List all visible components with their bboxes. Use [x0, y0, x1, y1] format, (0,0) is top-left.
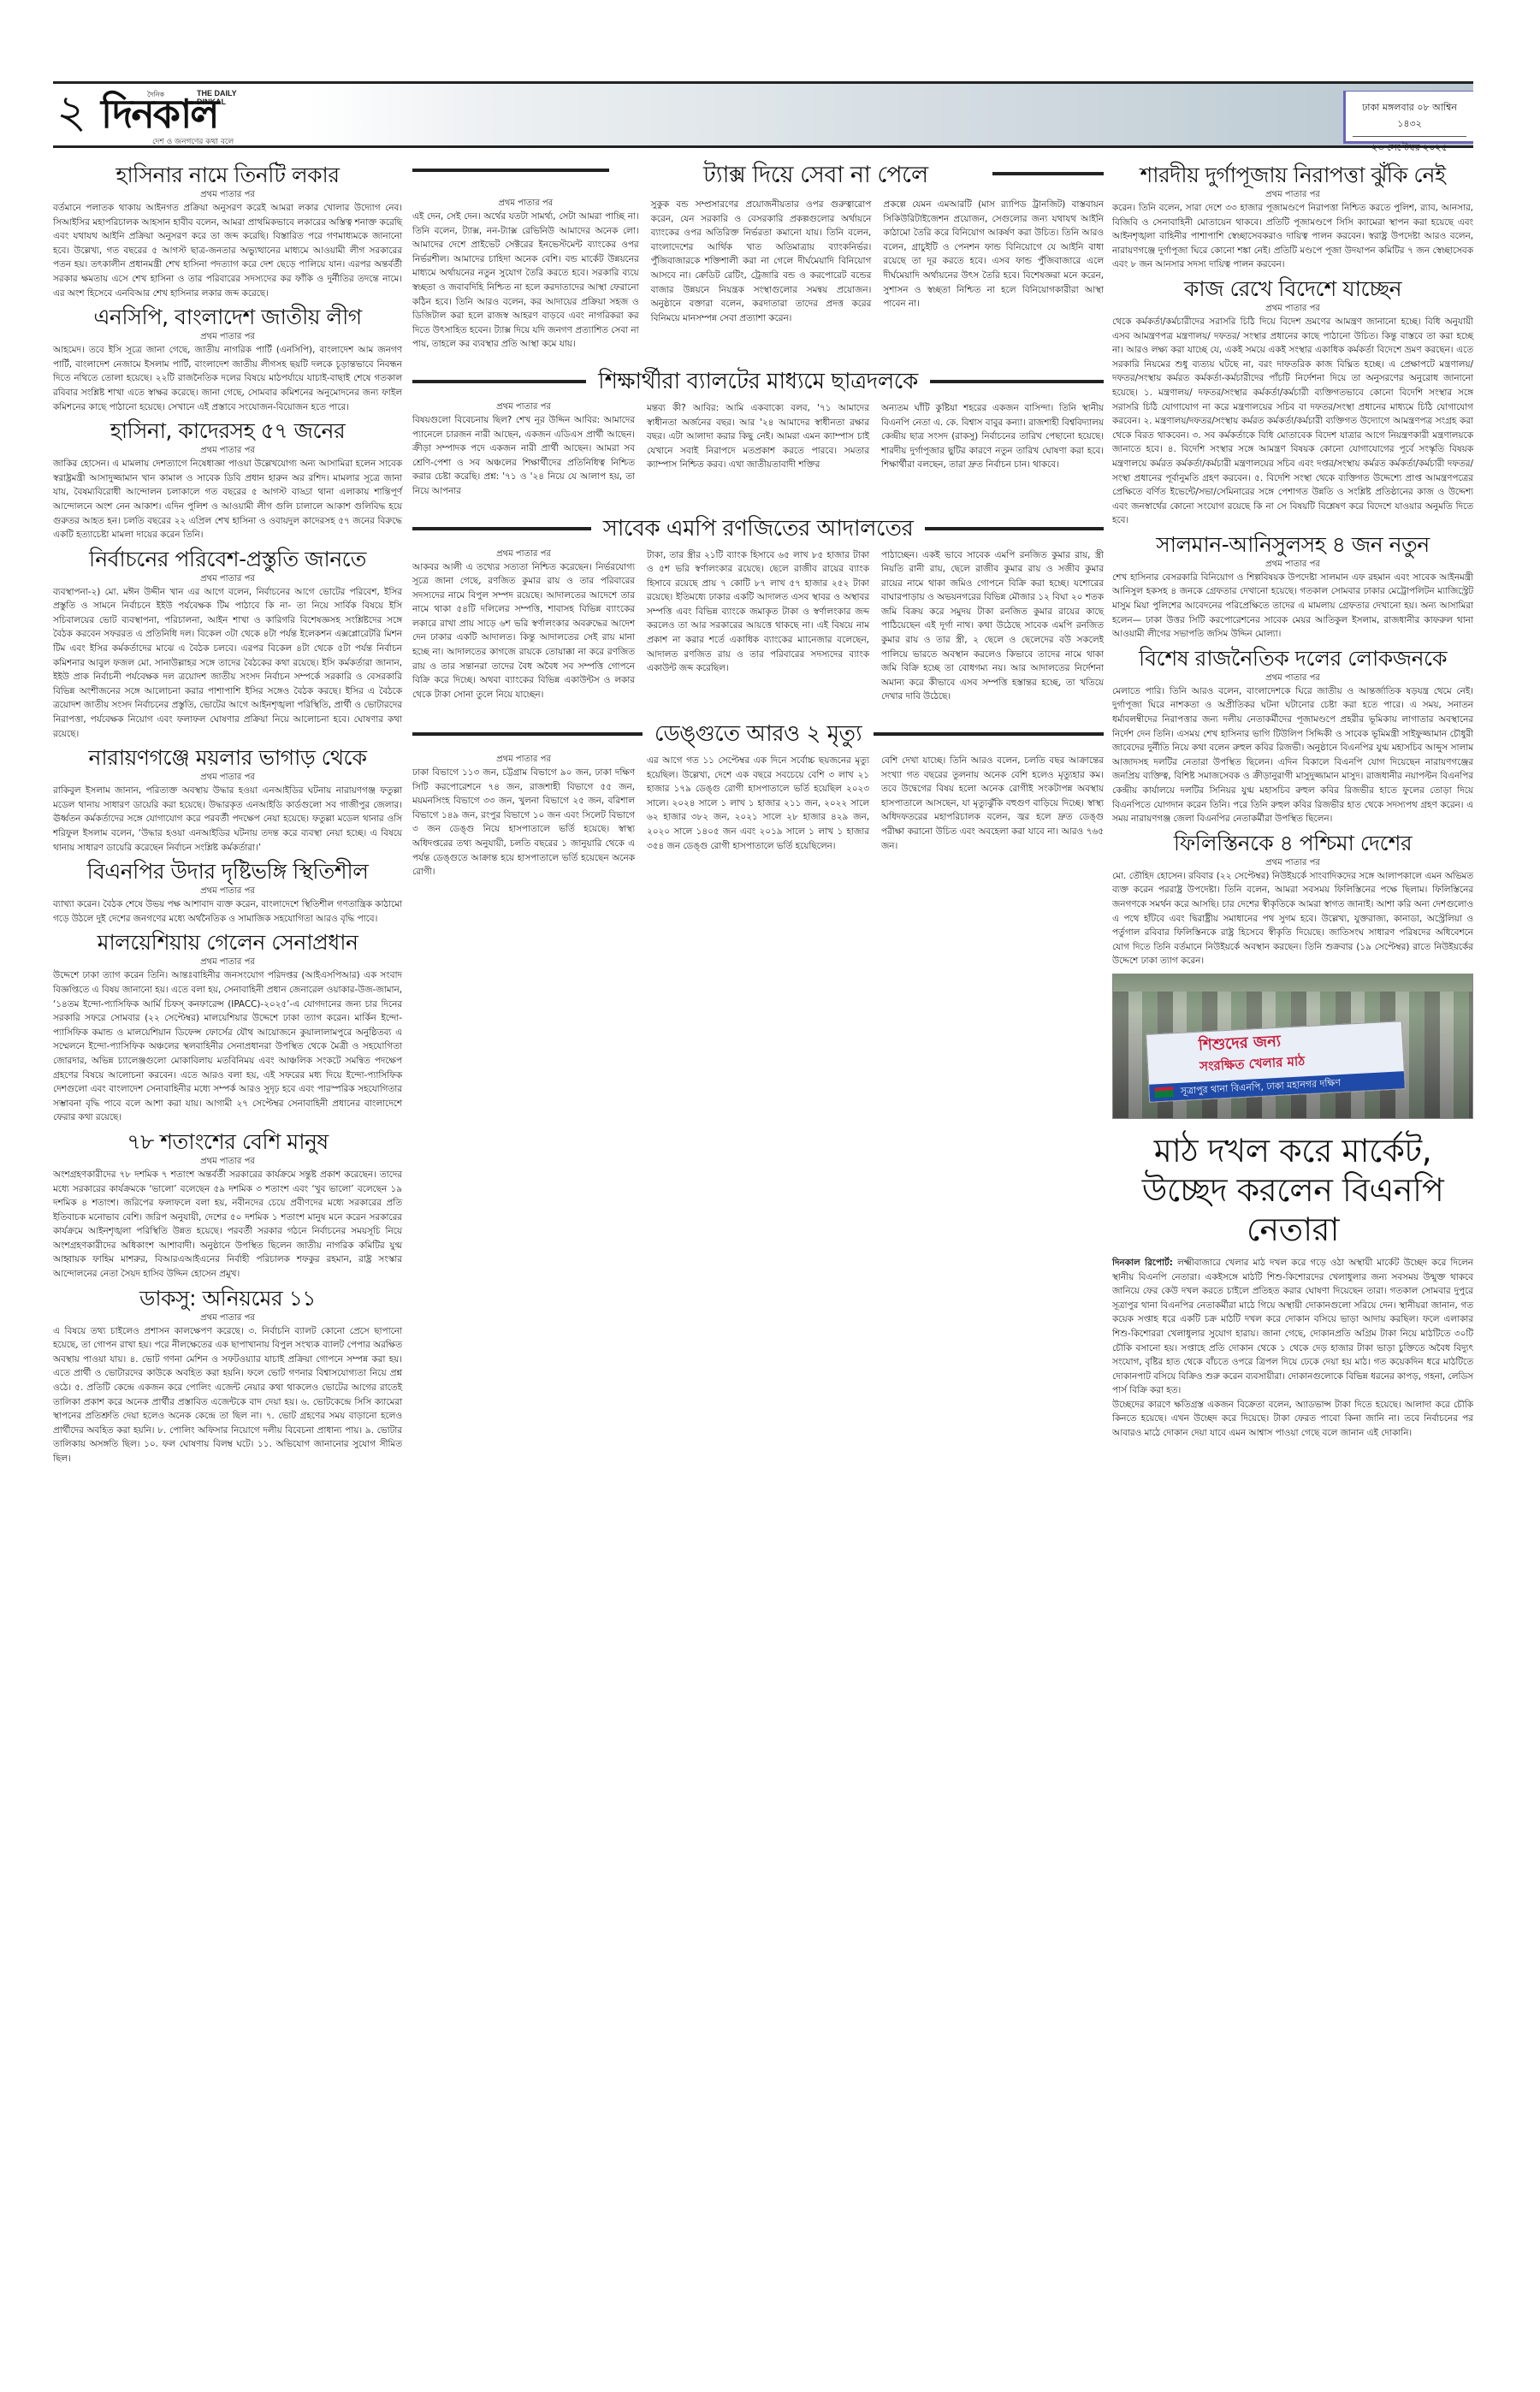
headline: বিশেষ রাজনৈতিক দলের লোকজনকে — [1112, 645, 1473, 672]
divider-rule — [930, 380, 1104, 383]
banner-line-2: সংরক্ষিত খেলার মাঠ — [1199, 1054, 1306, 1074]
headline: ডেঙ্গুতে আরও ২ মৃত্যু — [654, 719, 862, 749]
divider-rule — [412, 169, 609, 172]
continued-label: প্রথম পাতার পর — [412, 548, 635, 560]
headline: মাঠ দখল করে মার্কেট, উচ্ছেদ করলেন বিএনপি… — [1112, 1131, 1473, 1249]
article-hasina-locker: হাসিনার নামে তিনটি লকার প্রথম পাতার পর ব… — [53, 162, 402, 300]
article-col-1: প্রথম পাতার পর বিষয়গুলো বিবেচনায় ছিল? … — [412, 401, 635, 499]
section-header: ডেঙ্গুতে আরও ২ মৃত্যু — [412, 719, 1104, 749]
continued-label: প্রথম পাতার পর — [53, 1156, 402, 1168]
continued-label: প্রথম পাতার পর — [53, 885, 402, 897]
continued-label: প্রথম পাতার পর — [53, 189, 402, 201]
news-photo: শিশুদের জন্য সংরক্ষিত খেলার মাঠ সূত্রাপু… — [1112, 974, 1473, 1119]
middle-column: প্রথম পাতার পর এই দেন, সেই দেন। অর্থের য… — [412, 158, 1104, 879]
article-tax: প্রথম পাতার পর এই দেন, সেই দেন। অর্থের য… — [412, 158, 1104, 352]
article-body: এ বিষয়ে তথ্য চাইলেও প্রশাসন কালক্ষেপণ ক… — [53, 1324, 402, 1466]
tax-left-col: প্রথম পাতার পর এই দেন, সেই দেন। অর্থের য… — [412, 158, 639, 352]
article-body: মন্তব্য কী? আবির: আমি একবাক্যে বলব, '৭১ … — [647, 401, 869, 499]
article-bnp-view: বিএনপির উদার দৃষ্টিভঙ্গি স্থিতিশীল প্রথম… — [53, 858, 402, 926]
page-number: ২ — [56, 89, 86, 135]
headline: হাসিনা, কাদেরসহ ৫৭ জনের — [53, 417, 402, 445]
continued-label: প্রথম পাতার পর — [412, 754, 635, 766]
article-body: ঢাকা বিভাগে ১১৩ জন, চট্টগ্রাম বিভাগে ৯০ … — [412, 766, 635, 879]
date-english: ২৩ সেপ্টেম্বর ২০২৫ — [1346, 137, 1473, 157]
left-column: হাসিনার নামে তিনটি লকার প্রথম পাতার পর ব… — [53, 158, 402, 1466]
logo-tagline: দেশ ও জনগণের কথা বলে — [152, 135, 234, 148]
continued-label: প্রথম পাতার পর — [1112, 559, 1473, 571]
headline: হাসিনার নামে তিনটি লকার — [53, 162, 402, 189]
newspaper-page: ২ দৈনিক THE DAILY DINKAL দিনকাল দেশ ও জন… — [53, 81, 1473, 2383]
article-col-1: প্রথম পাতার পর ঢাকা বিভাগে ১১৩ জন, চট্টগ… — [412, 754, 635, 879]
banner-footer-text: সূত্রাপুর থানা বিএনপি, ঢাকা মহানগর দক্ষি… — [1180, 1077, 1341, 1097]
headline: এনসিপি, বাংলাদেশ জাতীয় লীগ — [53, 304, 402, 331]
date-bangla: ঢাকা মঙ্গলবার ০৮ আশ্বিন ১৪৩২ — [1353, 92, 1466, 137]
article-body: আহমেদ। তবে ইসি সূত্রে জানা গেছে, জাতীয় … — [53, 343, 402, 414]
article-dengue: ডেঙ্গুতে আরও ২ মৃত্যু প্রথম পাতার পর ঢাক… — [412, 719, 1104, 879]
continued-label: প্রথম পাতার পর — [1112, 672, 1473, 684]
article-body: বেশি দেখা যাচ্ছে। তিনি আরও বলেন, চলতি বছ… — [881, 754, 1104, 879]
divider-rule — [925, 527, 1104, 530]
section-header: সাবেক এমপি রণজিতের আদালতের — [412, 514, 1104, 543]
article-ncp: এনসিপি, বাংলাদেশ জাতীয় লীগ প্রথম পাতার … — [53, 304, 402, 414]
logo-main: দিনকাল — [101, 94, 218, 133]
article-students: শিক্ষার্থীরা ব্যালটের মাধ্যমে ছাত্রদলকে … — [412, 367, 1104, 499]
divider-rule — [412, 732, 643, 736]
photo-banner: শিশুদের জন্য সংরক্ষিত খেলার মাঠ সূত্রাপু… — [1146, 1021, 1406, 1103]
article-columns: প্রথম পাতার পর বিষয়গুলো বিবেচনায় ছিল? … — [412, 401, 1104, 499]
article-text: লক্ষ্মীবাজারে খেলার মাঠ দখল করে গড়ে ওঠা… — [1112, 1258, 1473, 1395]
article-ranajit: সাবেক এমপি রণজিতের আদালতের প্রথম পাতার প… — [412, 514, 1104, 705]
continued-label: প্রথম পাতার পর — [53, 956, 402, 968]
article-body: মো. তৌহিদ হোসেন। রবিবার (২২ সেপ্টেম্বর) … — [1112, 869, 1473, 968]
article-col-1: প্রথম পাতার পর আকবর আলী এ তথ্যের সত্যতা … — [412, 548, 635, 705]
divider-rule — [992, 172, 1104, 175]
headline: সালমান-আনিসুলসহ ৪ জন নতুন — [1112, 531, 1473, 559]
continued-label: প্রথম পাতার পর — [53, 772, 402, 784]
headline: কাজ রেখে বিদেশে যাচ্ছেন — [1112, 275, 1473, 303]
article-body: টাকা, তার স্ত্রীর ২১টি ব্যাংক হিসাবে ৬৫ … — [647, 548, 869, 705]
headline: নির্বাচনের পরিবেশ-প্রস্তুতি জানতে — [53, 546, 402, 573]
article-body: জাকির হোসেন। এ মামলায় দেশত্যাগে নিষেধাজ… — [53, 457, 402, 542]
article-body: প্রকল্পে যেমন এমআরটি (মাস র‍্যাপিড ট্রান… — [883, 198, 1104, 325]
article-body: মেলাতে পারি। তিনি আরও বলেন, বাংলাদেশকে ঘ… — [1112, 684, 1473, 826]
article-durga-puja: শারদীয় দুর্গাপূজায় নিরাপত্তা ঝুঁকি নেই… — [1112, 162, 1473, 272]
headline: বিএনপির উদার দৃষ্টিভঙ্গি স্থিতিশীল — [53, 858, 402, 885]
article-body: পাঠাচ্ছেন। একই ভাবে সাবেক এমপি রনজিত কুম… — [881, 548, 1104, 705]
article-body: করেন। তিনি বলেন, সারা দেশে ৩৩ হাজার পূজা… — [1112, 201, 1473, 272]
masthead: ২ দৈনিক THE DAILY DINKAL দিনকাল দেশ ও জন… — [53, 81, 1473, 148]
continued-label: প্রথম পাতার পর — [1112, 303, 1473, 315]
article-body: রাকিবুল ইসলাম জানান, পরিত্যক্ত অবস্থায় … — [53, 784, 402, 855]
article-body: শেখ হাসিনার বেসরকারি বিনিয়োগ ও শিল্পবিষ… — [1112, 571, 1473, 642]
continued-label: প্রথম পাতার পর — [53, 1312, 402, 1324]
article-field-eviction: মাঠ দখল করে মার্কেট, উচ্ছেদ করলেন বিএনপি… — [1112, 1131, 1473, 1441]
article-body: এই দেন, সেই দেন। অর্থের যতটা সামর্থ্য, স… — [412, 210, 639, 352]
tax-body-columns: সুকুক বন্ড সম্প্রসারণের প্রয়োজনীয়তার ও… — [651, 198, 1104, 325]
continued-label: প্রথম পাতার পর — [412, 401, 635, 413]
continued-label: প্রথম পাতার পর — [53, 331, 402, 343]
headline: শারদীয় দুর্গাপূজায় নিরাপত্তা ঝুঁকি নেই — [1112, 162, 1473, 189]
article-columns: প্রথম পাতার পর ঢাকা বিভাগে ১১৩ জন, চট্টগ… — [412, 754, 1104, 879]
divider-rule — [412, 527, 591, 530]
article-body: সুকুক বন্ড সম্প্রসারণের প্রয়োজনীয়তার ও… — [651, 198, 872, 325]
article-body-2: উচ্ছেদের কারণে ক্ষতিগ্রস্ত একজন বিক্রেতা… — [1112, 1398, 1473, 1441]
article-body: এর আগে গত ১১ সেপ্টেম্বর এক দিনে সর্বোচ্চ… — [647, 754, 869, 879]
article-foreign-travel: কাজ রেখে বিদেশে যাচ্ছেন প্রথম পাতার পর থ… — [1112, 275, 1473, 528]
article-hasina-kader: হাসিনা, কাদেরসহ ৫৭ জনের প্রথম পাতার পর জ… — [53, 417, 402, 542]
article-columns: প্রথম পাতার পর আকবর আলী এ তথ্যের সত্যতা … — [412, 548, 1104, 705]
headline: ডাকসু: অনিয়মের ১১ — [53, 1285, 402, 1312]
article-salman-anisul: সালমান-আনিসুলসহ ৪ জন নতুন প্রথম পাতার পর… — [1112, 531, 1473, 642]
tax-right-section: ট্যাক্স দিয়ে সেবা না পেলে সুকুক বন্ড সম… — [651, 158, 1104, 352]
banner-line-1: শিশুদের জন্য — [1198, 1035, 1281, 1054]
date-box: ঢাকা মঙ্গলবার ০৮ আশ্বিন ১৪৩২ ২৩ সেপ্টেম্… — [1343, 91, 1473, 144]
article-survey: ৭৮ শতাংশের বেশি মানুষ প্রথম পাতার পর অংশ… — [53, 1128, 402, 1282]
headline: ফিলিস্তিনকে ৪ পশ্চিমা দেশের — [1112, 830, 1473, 857]
article-palestine: ফিলিস্তিনকে ৪ পশ্চিমা দেশের প্রথম পাতার … — [1112, 830, 1473, 968]
continued-label: প্রথম পাতার পর — [53, 573, 402, 585]
article-body: উদ্দেশে ঢাকা ত্যাগ করেন তিনি। আন্তঃবাহিন… — [53, 968, 402, 1125]
headline: শিক্ষার্থীরা ব্যালটের মাধ্যমে ছাত্রদলকে — [598, 367, 918, 396]
right-column: শারদীয় দুর্গাপূজায় নিরাপত্তা ঝুঁকি নেই… — [1112, 158, 1473, 1441]
byline: দিনকাল রিপোর্ট: — [1112, 1258, 1173, 1268]
headline: ৭৮ শতাংশের বেশি মানুষ — [53, 1128, 402, 1156]
article-ducsu: ডাকসু: অনিয়মের ১১ প্রথম পাতার পর এ বিষয… — [53, 1285, 402, 1466]
article-body: বর্তমানে পলাতক থাকায় আইনগত প্রক্রিয়া অ… — [53, 201, 402, 300]
article-body: অংশগ্রহণকারীদের ৭৮ দশমিক ৭ শতাংশ অন্তর্ব… — [53, 1168, 402, 1282]
divider-rule — [412, 380, 586, 383]
article-body: ব্যাখ্যা করেন। বৈঠক শেষে উভয় পক্ষ আশাবা… — [53, 897, 402, 926]
headline: নারায়ণগঞ্জে ময়লার ভাগাড় থেকে — [53, 744, 402, 772]
newspaper-logo: দৈনিক THE DAILY DINKAL দিনকাল দেশ ও জনগণ… — [101, 87, 264, 145]
section-header: শিক্ষার্থীরা ব্যালটের মাধ্যমে ছাত্রদলকে — [412, 367, 1104, 396]
continued-label: প্রথম পাতার পর — [412, 198, 639, 210]
divider-rule — [874, 732, 1104, 736]
article-army-chief: মালয়েশিয়ায় গেলেন সেনাপ্রধান প্রথম পাত… — [53, 929, 402, 1125]
article-body: অন্যতম ঘাঁটি কুষ্টিয়া শহরের একজন বাসিন্… — [881, 401, 1104, 499]
article-narayanganj: নারায়ণগঞ্জে ময়লার ভাগাড় থেকে প্রথম পা… — [53, 744, 402, 855]
article-body: থেকে কর্মকর্তা/কর্মচারীদের সরাসরি চিঠি দ… — [1112, 315, 1473, 528]
flag-icon — [1154, 1086, 1174, 1098]
article-body: ব্যবস্থাপনা-২) মো. মঈন উদ্দীন খান এর আগে… — [53, 585, 402, 742]
headline: মালয়েশিয়ায় গেলেন সেনাপ্রধান — [53, 929, 402, 956]
article-body: দিনকাল রিপোর্ট: লক্ষ্মীবাজারে খেলার মাঠ … — [1112, 1256, 1473, 1398]
article-body: আকবর আলী এ তথ্যের সত্যতা নিশ্চিত করেছেন।… — [412, 560, 635, 702]
article-political-party: বিশেষ রাজনৈতিক দলের লোকজনকে প্রথম পাতার … — [1112, 645, 1473, 826]
continued-label: প্রথম পাতার পর — [53, 445, 402, 457]
headline: সাবেক এমপি রণজিতের আদালতের — [603, 514, 914, 543]
article-body: বিষয়গুলো বিবেচনায় ছিল? শেখ নূর উদ্দিন … — [412, 413, 635, 499]
article-election: নির্বাচনের পরিবেশ-প্রস্তুতি জানতে প্রথম … — [53, 546, 402, 742]
continued-label: প্রথম পাতার পর — [1112, 189, 1473, 201]
continued-label: প্রথম পাতার পর — [1112, 857, 1473, 869]
headline: ট্যাক্স দিয়ে সেবা না পেলে — [651, 162, 980, 189]
